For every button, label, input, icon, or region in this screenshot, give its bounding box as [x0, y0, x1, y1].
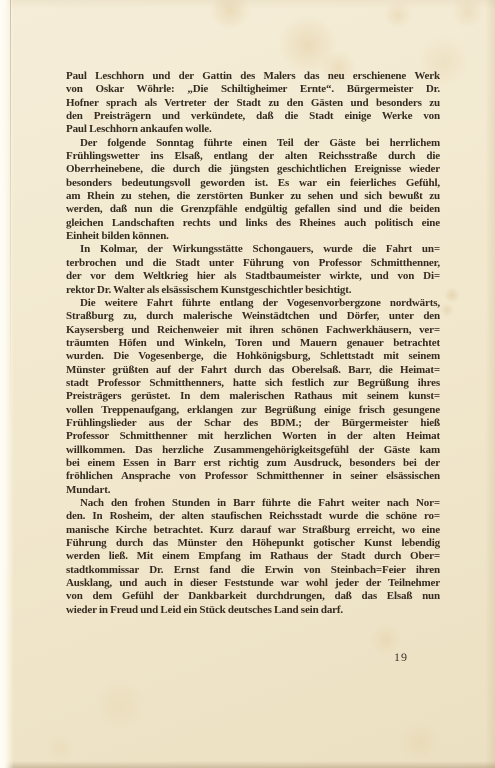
paragraph: Paul Leschhorn und der Gattin des Malers…: [66, 70, 440, 137]
text-line: fröhlichen Ansprache von Professor Schmi…: [66, 470, 440, 483]
text-line: werden, daß nun die Grenzpfähle endgülti…: [66, 203, 440, 216]
text-line: Frühlingswetter ins Elsaß, entlang der a…: [66, 150, 440, 163]
text-line: terbrochen und die Stadt unter Führung v…: [66, 257, 440, 270]
text-line: Kaysersberg und Reichenweier mit ihren s…: [66, 324, 440, 337]
text-line: Münster grüßten auf der Fahrt durch das …: [66, 364, 440, 377]
paragraph: Der folgende Sonntag führte einen Teil d…: [66, 137, 440, 244]
paragraph: Nach den frohen Stunden in Barr führte d…: [66, 497, 440, 617]
text-line: von dem Gefühl der Dankbarkeit durchdrun…: [66, 590, 440, 603]
text-line: von Oskar Wöhrle: „Die Schiltigheimer Er…: [66, 83, 440, 96]
paragraph: In Kolmar, der Wirkungsstätte Schongauer…: [66, 243, 440, 296]
text-line: Ausklang, und auch in dieser Feststunde …: [66, 577, 440, 590]
text-line: vollen Treppenaufgang, erklangen zur Beg…: [66, 404, 440, 417]
text-line: Paul Leschhorn ankaufen wolle.: [66, 123, 440, 136]
text-line: Einheit bilden können.: [66, 230, 440, 243]
text-line: Die weitere Fahrt führte entlang der Vog…: [66, 297, 440, 310]
paragraph: Die weitere Fahrt führte entlang der Vog…: [66, 297, 440, 497]
text-line: Führung durch das Münster den Höhepunkt …: [66, 537, 440, 550]
text-line: gleichen Landschaften rechts und links d…: [66, 217, 440, 230]
text-line: Paul Leschhorn und der Gattin des Malers…: [66, 70, 440, 83]
text-line: Straßburg zu, durch malerische Weinstädt…: [66, 310, 440, 323]
text-line: der vor dem Weltkrieg hier als Stadtbaum…: [66, 270, 440, 283]
text-line: träumten Höfen und Winkeln, Toren und Ma…: [66, 337, 440, 350]
text-line: wieder in Freud und Leid ein Stück deuts…: [66, 604, 440, 617]
text-line: rektor Dr. Walter als elsässischem Kunst…: [66, 284, 440, 297]
text-line: Der folgende Sonntag führte einen Teil d…: [66, 137, 440, 150]
text-line: In Kolmar, der Wirkungsstätte Schongauer…: [66, 243, 440, 256]
text-line: am Rhein zu stehen, die zerstörten Bunke…: [66, 190, 440, 203]
text-line: stadtkommissar Dr. Ernst fand die Erwin …: [66, 564, 440, 577]
text-line: manische Kirche betrachtet. Kurz darauf …: [66, 524, 440, 537]
text-block: Paul Leschhorn und der Gattin des Malers…: [66, 70, 440, 617]
text-line: Oberrheinebene, die durch die jüngsten g…: [66, 163, 440, 176]
text-line: stadt Professor Schmitthenners, hatte si…: [66, 377, 440, 390]
text-line: Preisträgers gerüstet. In dem malerische…: [66, 390, 440, 403]
text-line: den Preisträgern und verkündete, daß die…: [66, 110, 440, 123]
text-line: Professor Schmitthenner mit herzlichen W…: [66, 430, 440, 443]
scanned-page: Paul Leschhorn und der Gattin des Malers…: [0, 0, 495, 768]
page-edge-crease: [10, 0, 11, 430]
text-line: wurden. Die Vogesenberge, die Hohkönigsb…: [66, 350, 440, 363]
text-line: werden ließ. Mit einem Empfang im Rathau…: [66, 550, 440, 563]
text-line: Hofner sprach als Vertreter der Stadt zu…: [66, 97, 440, 110]
text-line: Mundart.: [66, 484, 440, 497]
page-number: 19: [394, 650, 416, 665]
text-line: besonders bedeutungsvoll geworden ist. E…: [66, 177, 440, 190]
text-line: den. In Rosheim, der alten staufischen R…: [66, 510, 440, 523]
text-line: bei einem Essen in Barr erst richtig zum…: [66, 457, 440, 470]
text-line: Frühlingslieder aus der Schar des BDM.; …: [66, 417, 440, 430]
text-line: Nach den frohen Stunden in Barr führte d…: [66, 497, 440, 510]
text-line: willkommen. Das herzliche Zusammengehöri…: [66, 444, 440, 457]
